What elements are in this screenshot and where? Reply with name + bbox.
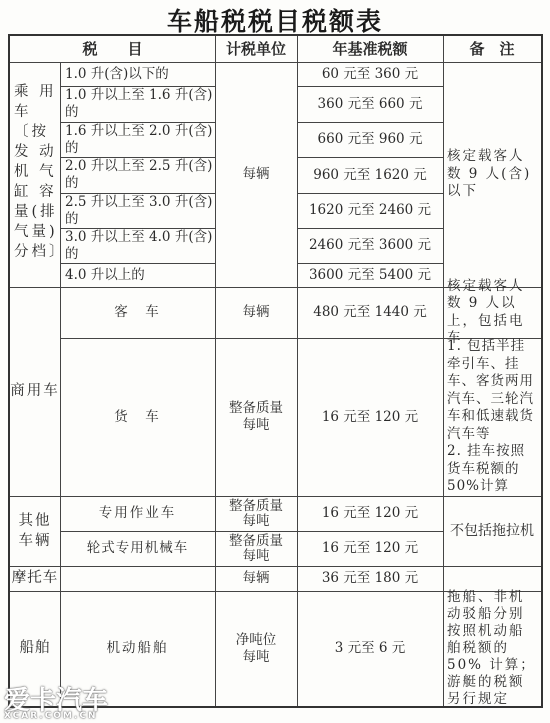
header-amount: 年基准税额 (297, 36, 443, 62)
displacement-row: 2.5 升以上至 3.0 升(含)的 (60, 193, 215, 228)
unit-bus: 每辆 (215, 287, 297, 338)
amount-cell: 660 元至 960 元 (297, 122, 443, 157)
header-note: 备 注 (443, 36, 541, 62)
amount-cell: 1620 元至 2460 元 (297, 193, 443, 228)
amount-motor-vessel: 3 元至 6 元 (297, 591, 443, 706)
note-bus: 核定载客人数 9 人以上，包括电车 (443, 287, 541, 338)
displacement-row: 1.0 升以上至 1.6 升(含)的 (60, 86, 215, 122)
amount-special-work: 16 元至 120 元 (297, 496, 443, 531)
amount-bus: 480 元至 1440 元 (297, 287, 443, 338)
displacement-row: 4.0 升以上的 (60, 263, 215, 287)
displacement-row: 1.6 升以上至 2.0 升(含)的 (60, 122, 215, 157)
displacement-row: 1.0 升(含)以下的 (60, 62, 215, 86)
header-item: 税 目 (10, 36, 215, 62)
displacement-row: 2.0 升以上至 2.5 升(含)的 (60, 157, 215, 193)
note-other-vehicles: 不包括拖拉机 (443, 496, 541, 566)
unit-truck: 整备质量每吨 (215, 338, 297, 496)
category-motorcycle: 摩托车 (10, 566, 60, 591)
amount-truck: 16 元至 120 元 (297, 338, 443, 496)
item-bus: 客 车 (60, 287, 215, 338)
unit-special-work: 整备质量每吨 (215, 496, 297, 531)
watermark-logo: 爱卡汽车 XCAR.COM.CN (4, 680, 108, 721)
amount-cell: 3600 元至 5400 元 (297, 263, 443, 287)
item-special-work: 专用作业车 (60, 496, 215, 531)
header-unit: 计税单位 (215, 36, 297, 62)
passenger-note: 核定载客人数 9 人(含)以下 (443, 62, 541, 287)
amount-cell: 60 元至 360 元 (297, 62, 443, 86)
note-motorcycle (443, 566, 541, 591)
category-commercial: 商用车 (10, 287, 60, 496)
item-truck: 货 车 (60, 338, 215, 496)
displacement-row: 3.0 升以上至 4.0 升(含)的 (60, 228, 215, 263)
amount-cell: 960 元至 1620 元 (297, 157, 443, 193)
page-title: 车船税税目税额表 (0, 2, 550, 38)
watermark-url: XCAR.COM.CN (4, 711, 108, 721)
item-motorcycle (60, 566, 215, 591)
unit-motorcycle: 每辆 (215, 566, 297, 591)
note-truck: 1. 包括半挂牵引车、挂车、客货两用汽车、三轮汽车和低速载货汽车等 2. 挂车按… (443, 338, 541, 496)
category-passenger-cars: 乘 用 车〔按 发 动 机 气 缸 容 量(排 气量) 分档〕 (10, 62, 60, 287)
passenger-unit: 每辆 (215, 62, 297, 287)
amount-cell: 360 元至 660 元 (297, 86, 443, 122)
amount-cell: 2460 元至 3600 元 (297, 228, 443, 263)
amount-wheeled-machinery: 16 元至 120 元 (297, 531, 443, 566)
unit-motor-vessel: 净吨位每吨 (215, 591, 297, 706)
category-other-vehicles: 其他 车辆 (10, 496, 60, 566)
amount-motorcycle: 36 元至 180 元 (297, 566, 443, 591)
item-wheeled-machinery: 轮式专用机械车 (60, 531, 215, 566)
unit-wheeled-machinery: 整备质量每吨 (215, 531, 297, 566)
note-vessels: 拖船、非机动驳船分别按照机动船舶税额的 50% 计算；游艇的税额另行规定 (443, 591, 541, 706)
